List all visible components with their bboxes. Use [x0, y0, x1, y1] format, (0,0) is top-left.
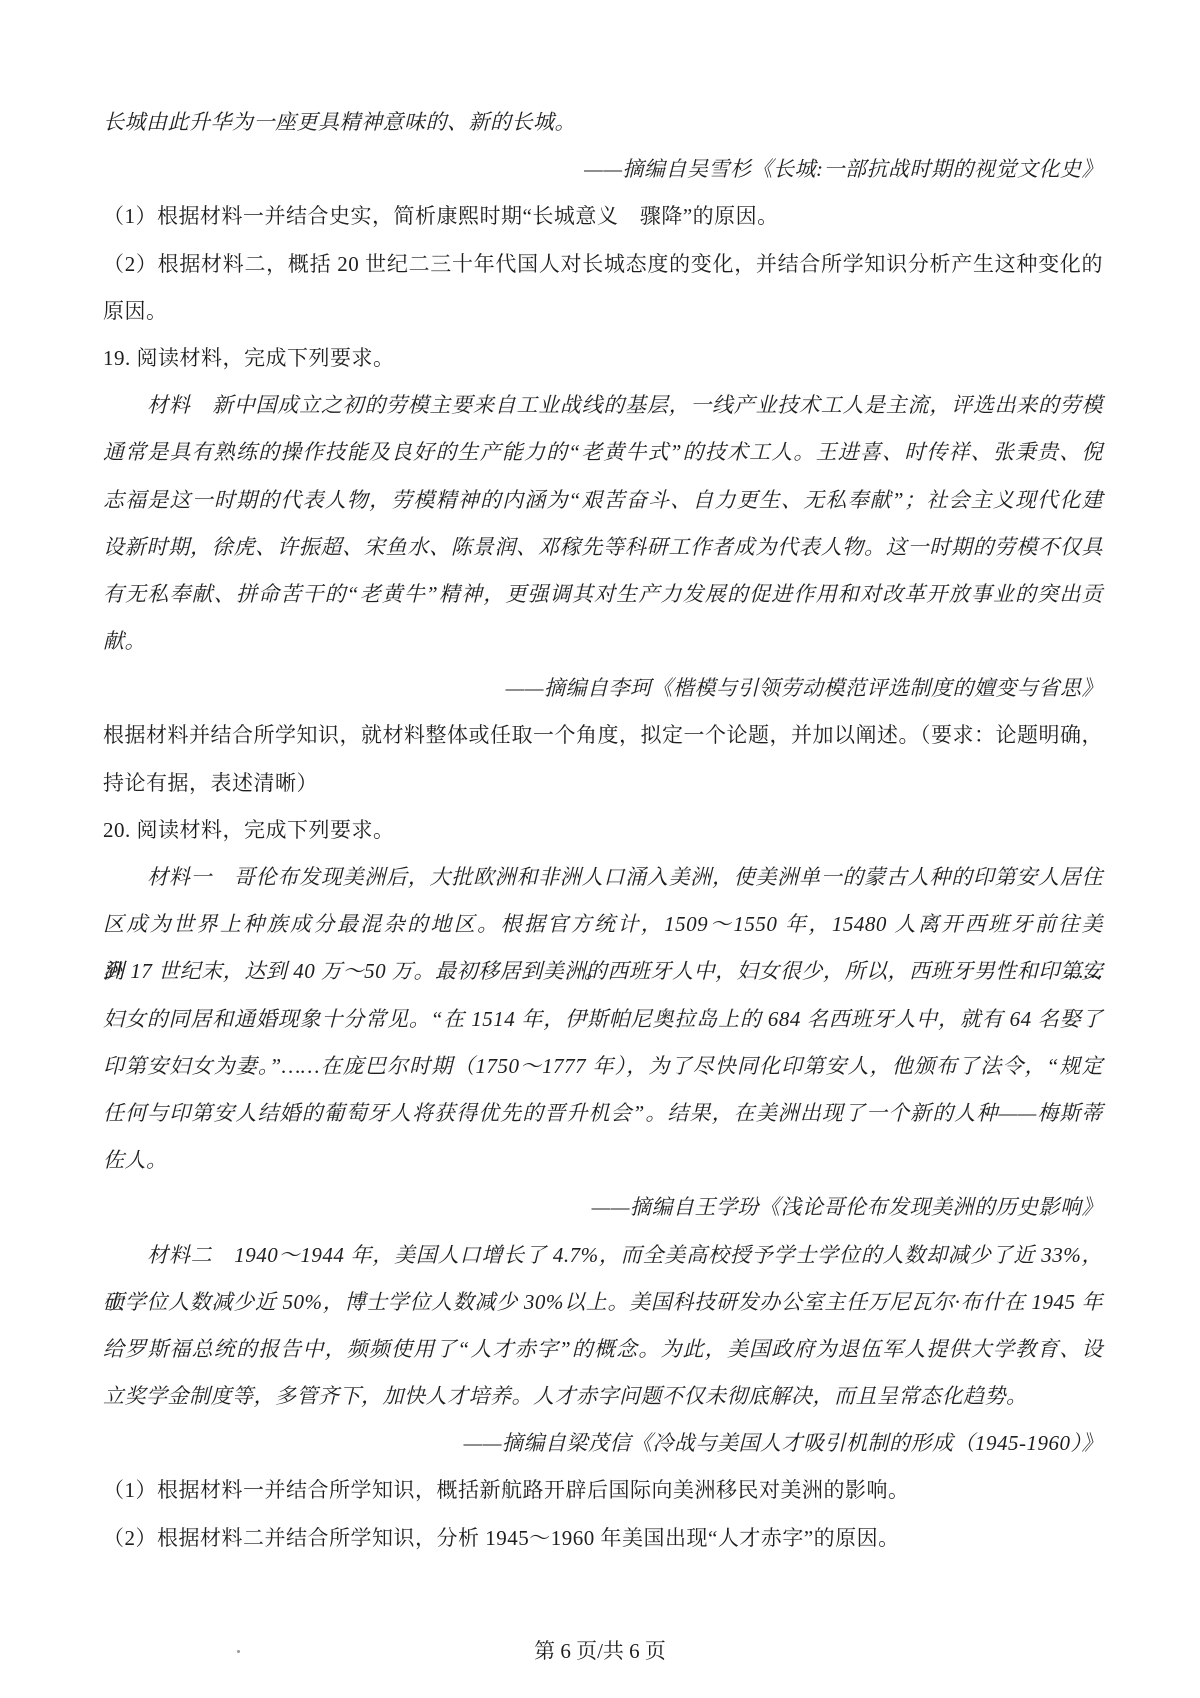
q20-material-2-line-4: 立奖学金制度等，多管齐下，加快人才培养。人才赤字问题不仅未彻底解决，而且呈常态化…	[103, 1373, 1103, 1420]
q20-material-1-line-3: 到 17 世纪末，达到 40 万～50 万。最初移居到美洲的西班牙人中，妇女很少…	[103, 948, 1103, 995]
question-19-header: 19. 阅读材料，完成下列要求。	[103, 335, 1103, 382]
material-2-tail-line: 长城由此升华为一座更具精神意味的、新的长城。	[103, 99, 1103, 146]
q19-material-line-4: 设新时期，徐虎、许振超、宋鱼水、陈景润、邓稼先等科研工作者成为代表人物。这一时期…	[103, 524, 1103, 571]
exam-page-content: 长城由此升华为一座更具精神意味的、新的长城。 ——摘编自吴雪杉《长城:一部抗战时…	[103, 99, 1103, 1562]
citation-liang-maoxin: ——摘编自梁茂信《冷战与美国人才吸引机制的形成（1945-1960）》	[103, 1420, 1103, 1467]
q20-material-1-line-6: 任何与印第安人结婚的葡萄牙人将获得优先的晋升机会”。结果，在美洲出现了一个新的人…	[103, 1090, 1103, 1137]
q19-material-line-3: 志福是这一时期的代表人物，劳模精神的内涵为“艰苦奋斗、自力更生、无私奉献”；社会…	[103, 477, 1103, 524]
question-20-part-2: （2）根据材料二并结合所学知识，分析 1945～1960 年美国出现“人才赤字”…	[103, 1515, 1103, 1562]
question-18-part-1: （1）根据材料一并结合史实，简析康熙时期“长城意义 骤降”的原因。	[103, 193, 1103, 240]
q20-material-1-line-5: 印第安妇女为妻。”……在庞巴尔时期（1750～1777 年），为了尽快同化印第安…	[103, 1043, 1103, 1090]
question-18-part-2-line-2: 原因。	[103, 288, 1103, 335]
q19-task-line-2: 持论有据，表述清晰）	[103, 760, 1103, 807]
question-20-header: 20. 阅读材料，完成下列要求。	[103, 807, 1103, 854]
q19-material-line-1: 材料 新中国成立之初的劳模主要来自工业战线的基层，一线产业技术工人是主流，评选出…	[103, 382, 1103, 429]
q19-task-line-1: 根据材料并结合所学知识，就材料整体或任取一个角度，拟定一个论题，并加以阐述。（要…	[103, 712, 1103, 759]
page-footer: 第 6 页/共 6 页	[0, 1636, 1200, 1666]
q20-material-2-line-2: 士学位人数减少近 50%，博士学位人数减少 30%以上。美国科技研发办公室主任万…	[103, 1279, 1103, 1326]
q20-material-1-line-4: 妇女的同居和通婚现象十分常见。“在 1514 年，伊斯帕尼奥拉岛上的 684 名…	[103, 996, 1103, 1043]
q19-material-line-5: 有无私奉献、拼命苦干的“老黄牛”精神，更强调其对生产力发展的促进作用和对改革开放…	[103, 571, 1103, 618]
q19-material-line-6: 献。	[103, 618, 1103, 665]
q19-material-line-2: 通常是具有熟练的操作技能及良好的生产能力的“老黄牛式”的技术工人。王进喜、时传祥…	[103, 429, 1103, 476]
question-20-part-1: （1）根据材料一并结合所学知识，概括新航路开辟后国际向美洲移民对美洲的影响。	[103, 1467, 1103, 1514]
q20-material-2-line-3: 给罗斯福总统的报告中，频频使用了“人才赤字”的概念。为此，美国政府为退伍军人提供…	[103, 1326, 1103, 1373]
citation-wu-xueshan: ——摘编自吴雪杉《长城:一部抗战时期的视觉文化史》	[103, 146, 1103, 193]
q20-material-1-line-1: 材料一 哥伦布发现美洲后，大批欧洲和非洲人口涌入美洲，使美洲单一的蒙古人种的印第…	[103, 854, 1103, 901]
citation-li-ke: ——摘编自李珂《楷模与引领劳动模范评选制度的嬗变与省思》	[103, 665, 1103, 712]
citation-wang-xuefen: ——摘编自王学玢《浅论哥伦布发现美洲的历史影响》	[103, 1184, 1103, 1231]
q20-material-1-line-7: 佐人。	[103, 1137, 1103, 1184]
q20-material-2-line-1: 材料二 1940～1944 年，美国人口增长了 4.7%，而全美高校授予学士学位…	[103, 1232, 1103, 1279]
q20-material-1-line-2: 区成为世界上种族成分最混杂的地区。根据官方统计，1509～1550 年，1548…	[103, 901, 1103, 948]
question-18-part-2-line-1: （2）根据材料二，概括 20 世纪二三十年代国人对长城态度的变化，并结合所学知识…	[103, 241, 1103, 288]
